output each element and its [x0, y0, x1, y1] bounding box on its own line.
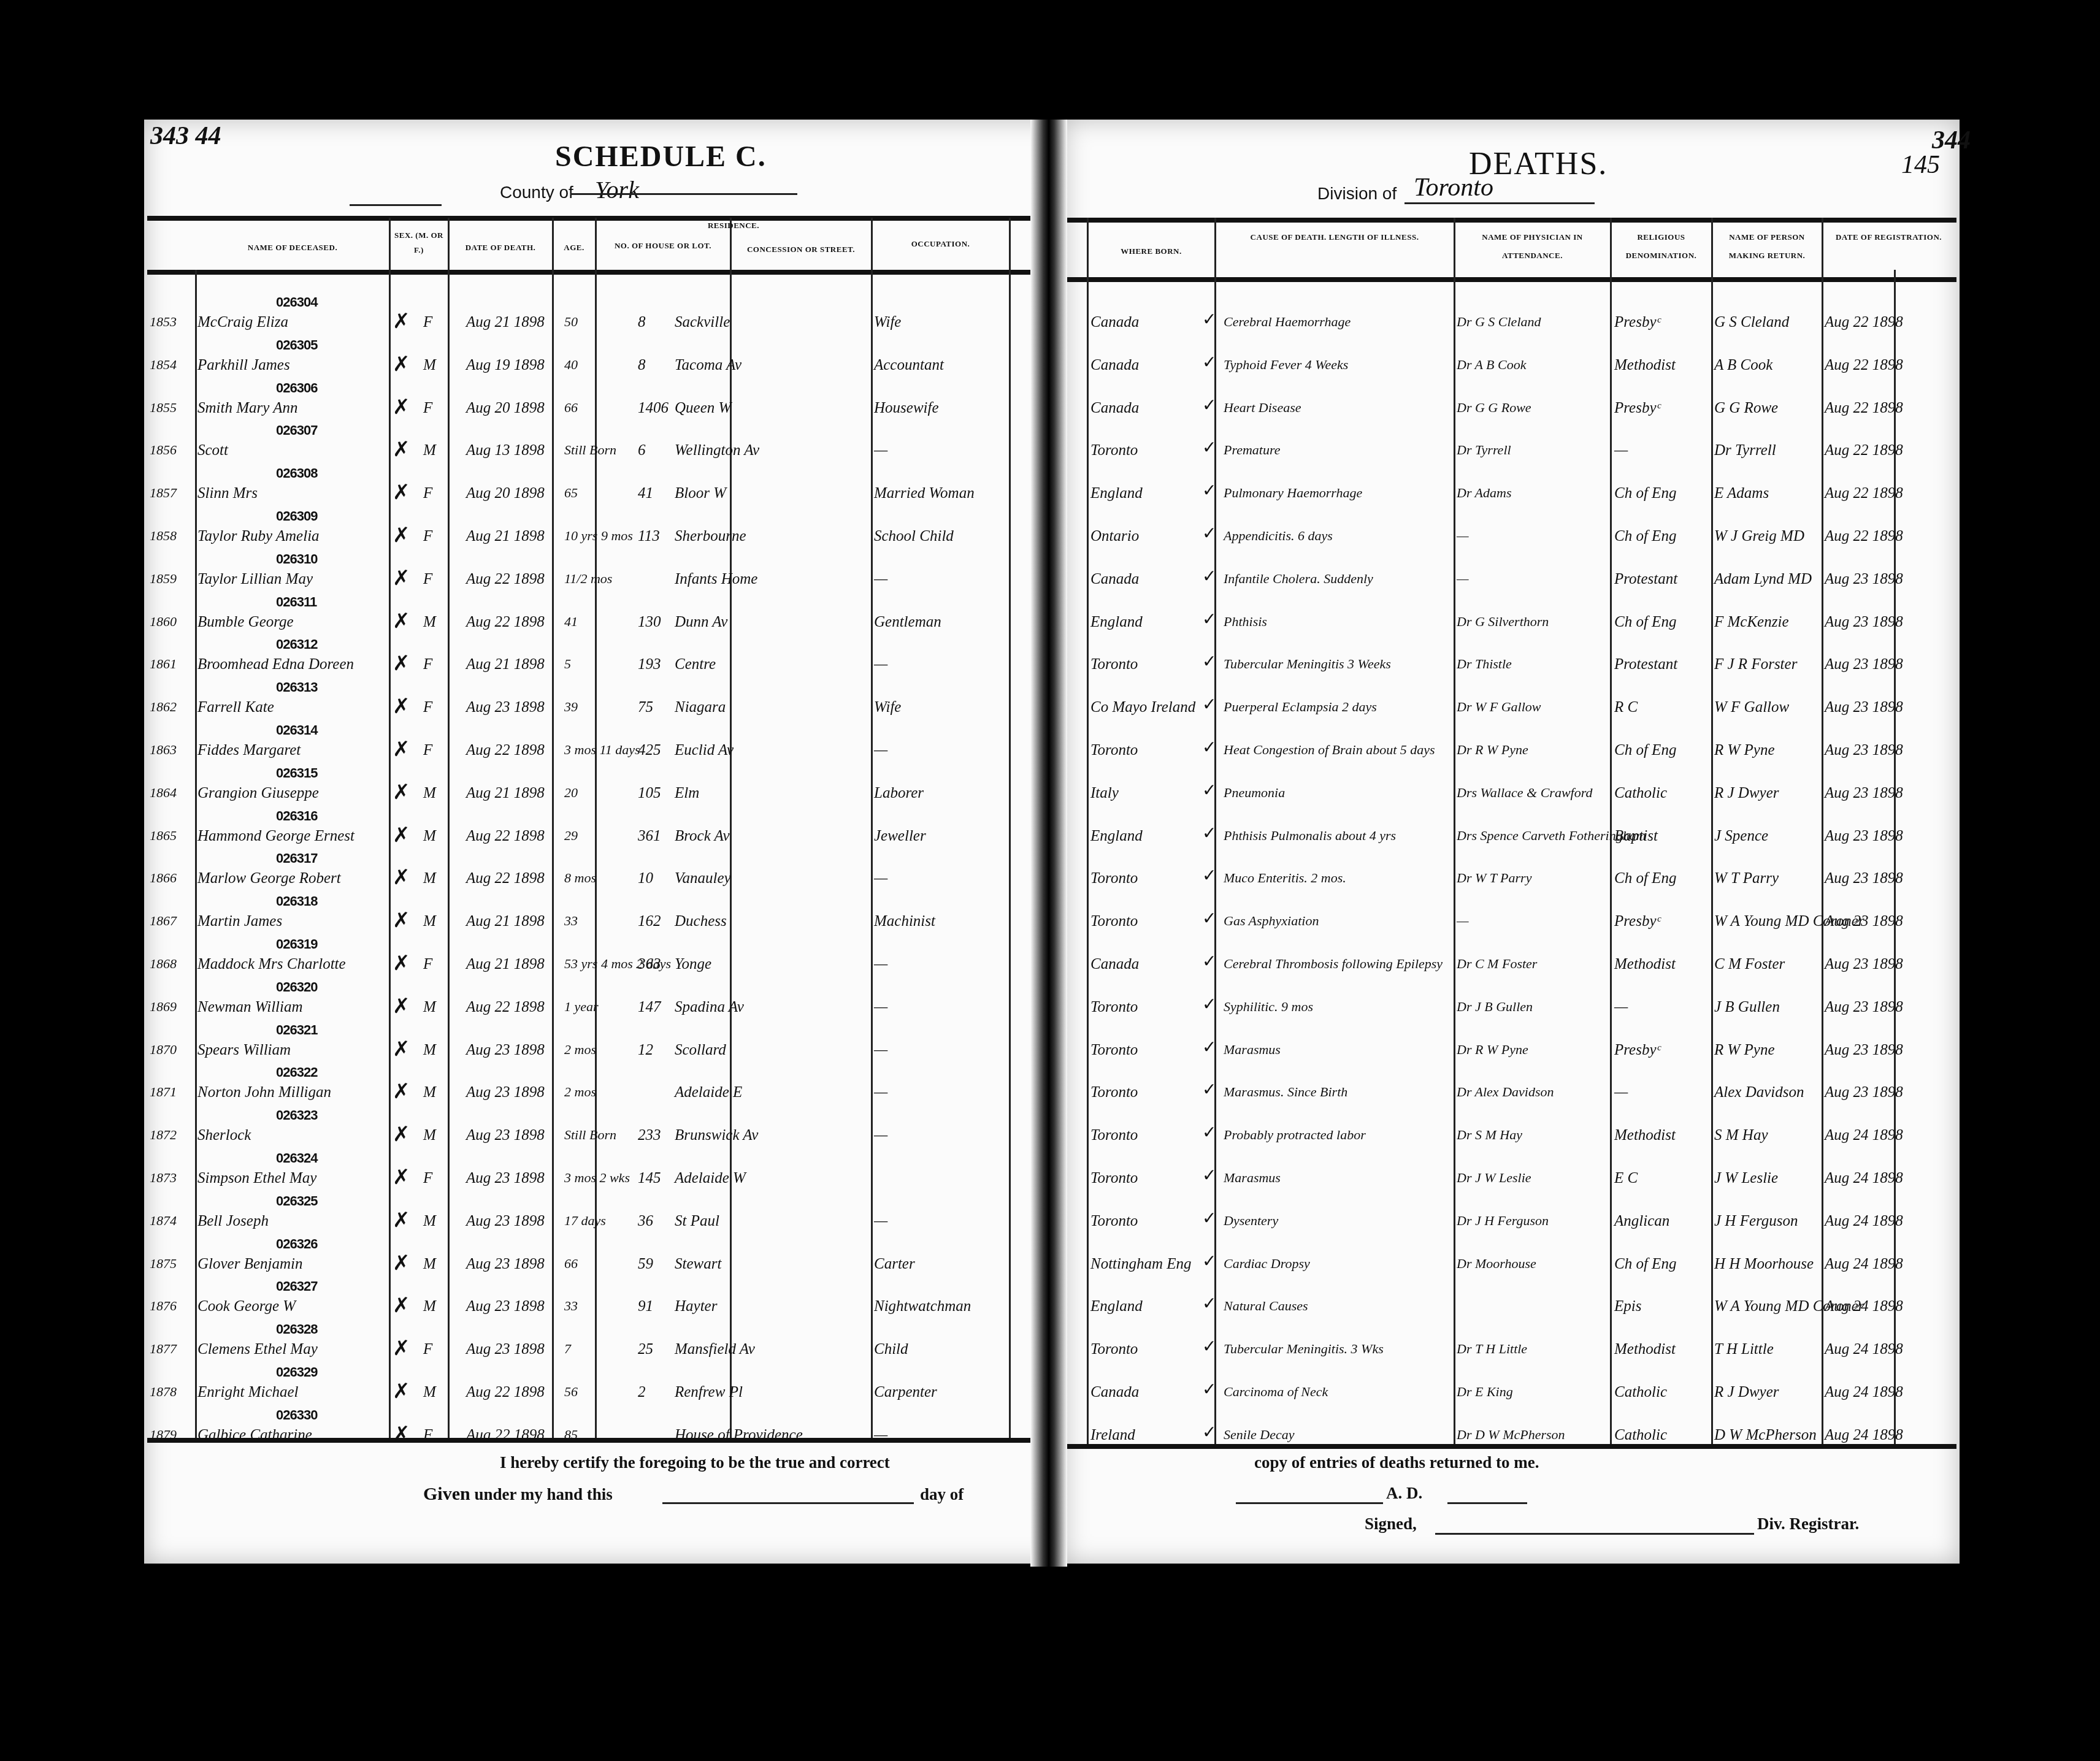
- cell-occupation: Wife: [874, 314, 901, 331]
- table-row: 026321✗✓1870Spears WilliamMAug 23 18982 …: [0, 1028, 2100, 1066]
- table-row: 026316✗✓1865Hammond George ErnestMAug 22…: [0, 814, 2100, 852]
- record-stamp-number: 026321: [276, 1022, 317, 1038]
- cell-street: Infants Home: [675, 571, 757, 588]
- cell-physician: Dr J H Ferguson: [1457, 1213, 1549, 1229]
- record-stamp-number: 026307: [276, 422, 317, 438]
- header-reg-date: Date of Registration.: [1823, 228, 1955, 246]
- checked-x-icon: ✗: [393, 1251, 410, 1275]
- cell-cause: Cardiac Dropsy: [1224, 1256, 1310, 1272]
- day-of-label: day of: [920, 1485, 964, 1504]
- cell-reg: Aug 23 1898: [1825, 1084, 1903, 1101]
- cell-occupation: Married Woman: [874, 485, 975, 502]
- cell-date: Aug 21 1898: [466, 785, 545, 802]
- cell-name: McCraig Eliza: [197, 314, 288, 331]
- cell-house: 91: [638, 1298, 653, 1315]
- cell-age: 5: [564, 656, 571, 672]
- cell-sex: F: [423, 1427, 432, 1444]
- year-fill-line[interactable]: [1447, 1502, 1527, 1504]
- cell-reg: Aug 23 1898: [1825, 742, 1903, 759]
- cell-sex: M: [423, 442, 436, 459]
- cell-name: Slinn Mrs: [197, 485, 258, 502]
- table-row: 026320✗✓1869Newman WilliamMAug 22 18981 …: [0, 985, 2100, 1023]
- cell-informant: W T Parry: [1714, 870, 1779, 887]
- cell-reg: Aug 24 1898: [1825, 1127, 1903, 1144]
- cell-name: Enright Michael: [197, 1384, 299, 1401]
- cell-born: England: [1090, 485, 1143, 502]
- cell-name: Cook George W: [197, 1298, 296, 1315]
- cell-religion: Methodist: [1614, 1341, 1676, 1358]
- cell-born: Toronto: [1090, 1170, 1138, 1187]
- cell-cause: Phthisis Pulmonalis about 4 yrs: [1224, 828, 1396, 844]
- cell-born: Toronto: [1090, 1084, 1138, 1101]
- cell-no: 1874: [150, 1213, 177, 1229]
- cell-informant: E Adams: [1714, 485, 1769, 502]
- cell-occupation: Accountant: [874, 357, 944, 374]
- cell-house: 25: [638, 1341, 653, 1358]
- cell-occupation: Wife: [874, 699, 901, 716]
- checkmark-icon: ✓: [1202, 994, 1216, 1014]
- month-fill-line[interactable]: [1236, 1502, 1383, 1504]
- cell-sex: F: [423, 400, 432, 417]
- cell-no: 1864: [150, 785, 177, 801]
- record-stamp-number: 026316: [276, 808, 317, 824]
- cell-sex: F: [423, 1170, 432, 1187]
- cell-reg: Aug 23 1898: [1825, 571, 1903, 588]
- cell-born: Toronto: [1090, 742, 1138, 759]
- checked-x-icon: ✗: [393, 651, 410, 676]
- cell-no: 1878: [150, 1384, 177, 1400]
- schedule-title: SCHEDULE C.: [555, 140, 767, 174]
- checkmark-icon: ✓: [1202, 523, 1216, 543]
- cell-born: England: [1090, 1298, 1143, 1315]
- cell-born: Toronto: [1090, 1341, 1138, 1358]
- cell-street: Yonge: [675, 956, 711, 973]
- checkmark-icon: ✓: [1202, 1336, 1216, 1356]
- record-stamp-number: 026326: [276, 1236, 317, 1252]
- cell-street: Centre: [675, 656, 716, 673]
- checkmark-icon: ✓: [1202, 395, 1216, 415]
- cell-date: Aug 21 1898: [466, 956, 545, 973]
- cell-religion: Baptist: [1614, 828, 1658, 845]
- cell-age: 8 mos: [564, 870, 596, 886]
- cell-no: 1869: [150, 999, 177, 1015]
- table-row: 026323✗✓1872SherlockMAug 23 1898Still Bo…: [0, 1114, 2100, 1152]
- cell-cause: Infantile Cholera. Suddenly: [1224, 571, 1373, 587]
- cell-street: Mansfield Av: [675, 1341, 755, 1358]
- cell-cause: Muco Enteritis. 2 mos.: [1224, 870, 1346, 886]
- checkmark-icon: ✓: [1202, 1293, 1216, 1313]
- cell-reg: Aug 24 1898: [1825, 1427, 1903, 1444]
- checked-x-icon: ✗: [393, 309, 410, 334]
- cell-occupation: School Child: [874, 528, 954, 545]
- cell-date: Aug 21 1898: [466, 314, 545, 331]
- cell-street: Dunn Av: [675, 614, 727, 631]
- cell-religion: Ch of Eng: [1614, 528, 1676, 545]
- checkmark-icon: ✓: [1202, 437, 1216, 457]
- cell-house: 36: [638, 1213, 653, 1230]
- cell-date: Aug 22 1898: [466, 571, 545, 588]
- cell-born: Ontario: [1090, 528, 1139, 545]
- cell-house: 1406: [638, 400, 669, 417]
- cell-house: 193: [638, 656, 661, 673]
- checked-x-icon: ✗: [393, 1165, 410, 1190]
- cell-informant: S M Hay: [1714, 1127, 1768, 1144]
- checkmark-icon: ✓: [1202, 651, 1216, 671]
- cell-name: Galbice Catharine: [197, 1427, 312, 1444]
- cell-born: Canada: [1090, 314, 1139, 331]
- table-row: 026304✗✓1853McCraig ElizaFAug 21 1898508…: [0, 300, 2100, 338]
- checkmark-icon: ✓: [1202, 609, 1216, 629]
- header-house-no: No. of House or Lot.: [596, 239, 730, 253]
- cell-born: England: [1090, 614, 1143, 631]
- cell-occupation: Nightwatchman: [874, 1298, 971, 1315]
- given-line: Given under my hand this: [423, 1484, 613, 1505]
- checkmark-icon: ✓: [1202, 1122, 1216, 1142]
- record-stamp-number: 026309: [276, 508, 317, 524]
- record-stamp-number: 026318: [276, 893, 317, 909]
- left-folio-number: 343 44: [150, 121, 221, 151]
- cell-sex: M: [423, 828, 436, 845]
- cell-religion: —: [1614, 999, 1628, 1016]
- county-label: County of: [500, 183, 573, 202]
- cell-occupation: —: [874, 870, 887, 887]
- cell-occupation: —: [874, 1042, 887, 1059]
- cell-born: Toronto: [1090, 913, 1138, 930]
- table-row: 026312✗✓1861Broomhead Edna DoreenFAug 21…: [0, 643, 2100, 681]
- cell-name: Parkhill James: [197, 357, 290, 374]
- cell-physician: Dr Thistle: [1457, 656, 1512, 672]
- cell-street: Scollard: [675, 1042, 726, 1059]
- cell-sex: M: [423, 913, 436, 930]
- signature-fill-line[interactable]: [1435, 1533, 1754, 1535]
- cell-age: 40: [564, 357, 578, 373]
- cell-date: Aug 23 1898: [466, 1341, 545, 1358]
- cell-house: 75: [638, 699, 653, 716]
- cell-cause: Pneumonia: [1224, 785, 1285, 801]
- checkmark-icon: ✓: [1202, 780, 1216, 800]
- checked-x-icon: ✗: [393, 694, 410, 719]
- division-value: Toronto: [1414, 173, 1493, 202]
- header-cause: Cause of Death. Length of Illness.: [1216, 228, 1454, 246]
- cell-religion: Ch of Eng: [1614, 1256, 1676, 1273]
- table-row: 026314✗✓1863Fiddes MargaretFAug 22 18983…: [0, 728, 2100, 766]
- record-stamp-number: 026320: [276, 979, 317, 995]
- record-stamp-number: 026310: [276, 551, 317, 567]
- cell-date: Aug 23 1898: [466, 1298, 545, 1315]
- cell-age: 20: [564, 785, 578, 801]
- cell-street: St Paul: [675, 1213, 719, 1230]
- cell-reg: Aug 23 1898: [1825, 828, 1903, 845]
- cell-sex: F: [423, 699, 432, 716]
- cell-house: 8: [638, 314, 646, 331]
- cell-sex: F: [423, 742, 432, 759]
- cell-date: Aug 23 1898: [466, 1127, 545, 1144]
- cell-age: 56: [564, 1384, 578, 1400]
- cell-occupation: —: [874, 1127, 887, 1144]
- cell-religion: Ch of Eng: [1614, 870, 1676, 887]
- checked-x-icon: ✗: [393, 1336, 410, 1361]
- cell-street: Spadina Av: [675, 999, 744, 1016]
- cell-informant: Alex Davidson: [1714, 1084, 1804, 1101]
- cell-cause: Dysentery: [1224, 1213, 1278, 1229]
- left-header-top-rule: [147, 216, 1030, 221]
- checkmark-icon: ✓: [1202, 1208, 1216, 1228]
- record-stamp-number: 026324: [276, 1150, 317, 1166]
- cell-reg: Aug 24 1898: [1825, 1298, 1903, 1315]
- cell-sex: M: [423, 357, 436, 374]
- cell-physician: Dr A B Cook: [1457, 357, 1526, 373]
- cell-reg: Aug 22 1898: [1825, 314, 1903, 331]
- header-physician: Name of Physician in Attendance.: [1455, 228, 1610, 265]
- cell-religion: E C: [1614, 1170, 1638, 1187]
- cell-physician: Dr C M Foster: [1457, 956, 1537, 972]
- cell-physician: Dr W T Parry: [1457, 870, 1531, 886]
- cell-religion: Protestant: [1614, 656, 1677, 673]
- header-name: Name of Deceased.: [196, 237, 389, 259]
- table-row: 026305✗✓1854Parkhill JamesMAug 19 189840…: [0, 343, 2100, 381]
- cell-age: 66: [564, 1256, 578, 1272]
- checkmark-icon: ✓: [1202, 1251, 1216, 1271]
- cell-sex: M: [423, 1042, 436, 1059]
- cell-informant: R J Dwyer: [1714, 1384, 1779, 1401]
- cell-cause: Premature: [1224, 442, 1280, 458]
- cell-born: Toronto: [1090, 442, 1138, 459]
- record-stamp-number: 026319: [276, 936, 317, 952]
- cell-born: England: [1090, 828, 1143, 845]
- cell-occupation: —: [874, 571, 887, 588]
- checked-x-icon: ✗: [393, 395, 410, 419]
- cell-age: 29: [564, 828, 578, 844]
- checked-x-icon: ✗: [393, 437, 410, 462]
- cell-religion: R C: [1614, 699, 1638, 716]
- header-street: Concession or Street.: [731, 243, 871, 256]
- cell-street: Tacoma Av: [675, 357, 742, 374]
- cell-house: 130: [638, 614, 661, 631]
- record-stamp-number: 026317: [276, 850, 317, 866]
- checked-x-icon: ✗: [393, 908, 410, 933]
- cell-date: Aug 20 1898: [466, 485, 545, 502]
- cell-no: 1857: [150, 485, 177, 501]
- cell-sex: F: [423, 485, 432, 502]
- record-stamp-number: 026322: [276, 1064, 317, 1080]
- cell-street: Sackville: [675, 314, 730, 331]
- cell-sex: M: [423, 1213, 436, 1230]
- cell-occupation: Jeweller: [874, 828, 926, 845]
- cell-street: Sherbourne: [675, 528, 746, 545]
- left-header-bottom-rule: [147, 270, 1030, 275]
- cell-reg: Aug 23 1898: [1825, 956, 1903, 973]
- cell-reg: Aug 24 1898: [1825, 1170, 1903, 1187]
- cell-physician: Dr D W McPherson: [1457, 1427, 1565, 1443]
- checked-x-icon: ✗: [393, 737, 410, 762]
- table-row: 026328✗✓1877Clemens Ethel MayFAug 23 189…: [0, 1327, 2100, 1366]
- cell-date: Aug 22 1898: [466, 828, 545, 845]
- cell-no: 1865: [150, 828, 177, 844]
- cell-sex: M: [423, 614, 436, 631]
- cell-cause: Marasmus: [1224, 1042, 1281, 1058]
- cell-religion: Presbyᶜ: [1614, 400, 1660, 417]
- cell-religion: Ch of Eng: [1614, 742, 1676, 759]
- cell-informant: T H Little: [1714, 1341, 1774, 1358]
- cell-physician: Dr Alex Davidson: [1457, 1084, 1554, 1100]
- record-stamp-number: 026315: [276, 765, 317, 781]
- header-sex: Sex. (M. or F.): [390, 228, 448, 258]
- cell-age: 2 mos: [564, 1084, 596, 1100]
- checkmark-icon: ✓: [1202, 1037, 1216, 1057]
- checkmark-icon: ✓: [1202, 566, 1216, 586]
- cell-date: Aug 22 1898: [466, 742, 545, 759]
- cell-age: 65: [564, 485, 578, 501]
- signed-label: Signed,: [1365, 1515, 1417, 1534]
- cell-cause: Natural Causes: [1224, 1298, 1308, 1314]
- cell-name: Fiddes Margaret: [197, 742, 301, 759]
- cell-physician: Drs Wallace & Crawford: [1457, 785, 1592, 801]
- cell-religion: —: [1614, 442, 1628, 459]
- cell-no: 1871: [150, 1084, 177, 1100]
- cell-date: Aug 22 1898: [466, 1384, 545, 1401]
- cell-street: Adelaide E: [675, 1084, 742, 1101]
- county-fill-line: [570, 193, 797, 195]
- header-religion: Religious Denomination.: [1611, 228, 1711, 265]
- cell-religion: Presbyᶜ: [1614, 913, 1660, 930]
- cell-street: Renfrew Pl: [675, 1384, 743, 1401]
- cell-date: Aug 23 1898: [466, 1213, 545, 1230]
- cell-informant: G G Rowe: [1714, 400, 1778, 417]
- cell-name: Norton John Milligan: [197, 1084, 331, 1101]
- cell-reg: Aug 23 1898: [1825, 785, 1903, 802]
- table-row: 026325✗✓1874Bell JosephMAug 23 189817 da…: [0, 1199, 2100, 1237]
- cell-street: Wellington Av: [675, 442, 759, 459]
- record-stamp-number: 026305: [276, 337, 317, 353]
- cell-born: Canada: [1090, 1384, 1139, 1401]
- cell-street: Brock Av: [675, 828, 730, 845]
- cell-age: 41: [564, 614, 578, 630]
- checkmark-icon: ✓: [1202, 951, 1216, 971]
- cell-age: 85: [564, 1427, 578, 1443]
- cell-born: Italy: [1090, 785, 1119, 802]
- cell-sex: M: [423, 1256, 436, 1273]
- table-row: 026308✗✓1857Slinn MrsFAug 20 18986541Blo…: [0, 472, 2100, 510]
- cell-house: 113: [638, 528, 660, 545]
- checkmark-icon: ✓: [1202, 480, 1216, 500]
- cell-no: 1866: [150, 870, 177, 886]
- cell-no: 1860: [150, 614, 177, 630]
- cell-cause: Heart Disease: [1224, 400, 1301, 416]
- cell-sex: M: [423, 1384, 436, 1401]
- header-where-born: Where Born.: [1088, 240, 1214, 262]
- checked-x-icon: ✗: [393, 523, 410, 548]
- given-rest: under my hand this: [474, 1485, 612, 1503]
- cell-born: Co Mayo Ireland: [1090, 699, 1195, 716]
- cell-name: Maddock Mrs Charlotte: [197, 956, 346, 973]
- cell-occupation: —: [874, 1084, 887, 1101]
- cell-name: Taylor Lillian May: [197, 571, 313, 588]
- checkmark-icon: ✓: [1202, 823, 1216, 843]
- cell-age: 50: [564, 314, 578, 330]
- cell-age: 33: [564, 1298, 578, 1314]
- cell-religion: —: [1614, 1084, 1628, 1101]
- cell-physician: Dr R W Pyne: [1457, 742, 1528, 758]
- cell-reg: Aug 22 1898: [1825, 400, 1903, 417]
- cell-no: 1872: [150, 1127, 177, 1143]
- cell-house: 59: [638, 1256, 653, 1273]
- checked-x-icon: ✗: [393, 865, 410, 890]
- checkmark-icon: ✓: [1202, 694, 1216, 714]
- cell-religion: Catholic: [1614, 1384, 1667, 1401]
- checkmark-icon: ✓: [1202, 737, 1216, 757]
- cell-house: 162: [638, 913, 661, 930]
- checkmark-icon: ✓: [1202, 1079, 1216, 1099]
- cell-born: Toronto: [1090, 1127, 1138, 1144]
- table-row: 026327✗✓1876Cook George WMAug 23 1898339…: [0, 1285, 2100, 1323]
- cell-age: Still Born: [564, 1127, 616, 1143]
- cell-name: Farrell Kate: [197, 699, 274, 716]
- cell-reg: Aug 23 1898: [1825, 699, 1903, 716]
- cell-street: House of Providence: [675, 1427, 803, 1444]
- day-fill-line[interactable]: [662, 1502, 914, 1504]
- cell-religion: Ch of Eng: [1614, 485, 1676, 502]
- cell-occupation: Laborer: [874, 785, 924, 802]
- cell-cause: Typhoid Fever 4 Weeks: [1224, 357, 1348, 373]
- cell-name: Simpson Ethel May: [197, 1170, 316, 1187]
- cell-reg: Aug 23 1898: [1825, 913, 1903, 930]
- given-word: Given: [423, 1484, 470, 1504]
- cell-born: Canada: [1090, 357, 1139, 374]
- cell-informant: Adam Lynd MD: [1714, 571, 1812, 588]
- cell-age: 33: [564, 913, 578, 929]
- table-row: 026330✗✓1879Galbice CatharineFAug 22 189…: [0, 1413, 2100, 1451]
- cell-date: Aug 21 1898: [466, 913, 545, 930]
- cell-sex: M: [423, 1127, 436, 1144]
- table-row: 026322✗✓1871Norton John MilliganMAug 23 …: [0, 1071, 2100, 1109]
- cell-reg: Aug 22 1898: [1825, 528, 1903, 545]
- cell-physician: Dr E King: [1457, 1384, 1513, 1400]
- table-row: 026306✗✓1855Smith Mary AnnFAug 20 189866…: [0, 386, 2100, 424]
- cell-cause: Marasmus: [1224, 1170, 1281, 1186]
- cell-date: Aug 20 1898: [466, 400, 545, 417]
- cell-sex: M: [423, 870, 436, 887]
- cell-date: Aug 22 1898: [466, 999, 545, 1016]
- cell-physician: Dr S M Hay: [1457, 1127, 1522, 1143]
- cell-age: Still Born: [564, 442, 616, 458]
- cell-reg: Aug 24 1898: [1825, 1256, 1903, 1273]
- table-row: 026329✗✓1878Enright MichaelMAug 22 18985…: [0, 1370, 2100, 1408]
- cell-no: 1863: [150, 742, 177, 758]
- cell-religion: Epis: [1614, 1298, 1641, 1315]
- checked-x-icon: ✗: [393, 352, 410, 376]
- cell-informant: W F Gallow: [1714, 699, 1789, 716]
- right-folio-alt-number: 145: [1901, 150, 1940, 180]
- cell-cause: Senile Decay: [1224, 1427, 1294, 1443]
- cell-sex: F: [423, 528, 432, 545]
- cell-informant: F J R Forster: [1714, 656, 1797, 673]
- cell-house: 425: [638, 742, 661, 759]
- ad-label: A. D.: [1386, 1484, 1422, 1503]
- cell-street: Euclid Av: [675, 742, 734, 759]
- cell-reg: Aug 23 1898: [1825, 999, 1903, 1016]
- checkmark-icon: ✓: [1202, 908, 1216, 928]
- certify-text-right: copy of entries of deaths returned to me…: [1254, 1453, 1539, 1472]
- record-stamp-number: 026329: [276, 1364, 317, 1380]
- cell-informant: R J Dwyer: [1714, 785, 1779, 802]
- cell-physician: Dr T H Little: [1457, 1341, 1527, 1357]
- checked-x-icon: ✗: [393, 994, 410, 1018]
- checkmark-icon: ✓: [1202, 1422, 1216, 1442]
- cell-age: 11/2 mos: [564, 571, 612, 587]
- cell-date: Aug 21 1898: [466, 656, 545, 673]
- cell-street: Bloor W: [675, 485, 726, 502]
- cell-no: 1859: [150, 571, 177, 587]
